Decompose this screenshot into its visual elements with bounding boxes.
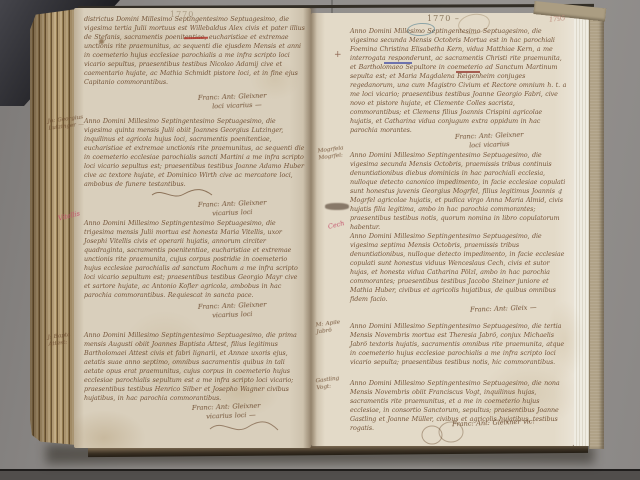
darkred-underline-mark <box>456 71 480 73</box>
register-entry: districtus Domini Millesimo Septingentes… <box>84 15 306 87</box>
register-entry: Anno Domini Millesimo Septingentesimo Se… <box>350 151 567 232</box>
register-entry: Anno Domini Millesimo Septingentesimo Se… <box>350 232 567 304</box>
page-edge-stack-shading <box>30 8 78 446</box>
margin-cross-mark: + <box>334 50 342 60</box>
register-entry: Anno Domini Millesimo Septingentesimo Se… <box>350 27 567 135</box>
register-entry: Anno Domini Millesimo Septingentesimo Se… <box>84 219 306 300</box>
register-entry: Anno Domini Millesimo Septingentesimo Se… <box>84 117 306 189</box>
table-edge-strip <box>0 469 640 480</box>
manuscript-scan: 1770 districtus Domini Millesimo Septing… <box>0 0 640 480</box>
folio-number: 1795 <box>549 14 566 23</box>
ink-smudge <box>325 203 349 210</box>
register-entry: Anno Domini Millesimo Septingentesimo Se… <box>350 322 567 367</box>
register-entry: Anno Domini Millesimo Septingentesimo Se… <box>84 331 306 403</box>
red-underline-mark <box>184 37 208 39</box>
signature-flourish <box>208 420 280 434</box>
right-page-year: 1770 – <box>427 14 460 23</box>
right-cover-board <box>589 8 604 449</box>
blue-underline-mark <box>384 62 412 64</box>
flourish-divider <box>150 189 214 199</box>
paraph-loops <box>420 420 468 448</box>
right-fore-edge <box>574 14 589 446</box>
